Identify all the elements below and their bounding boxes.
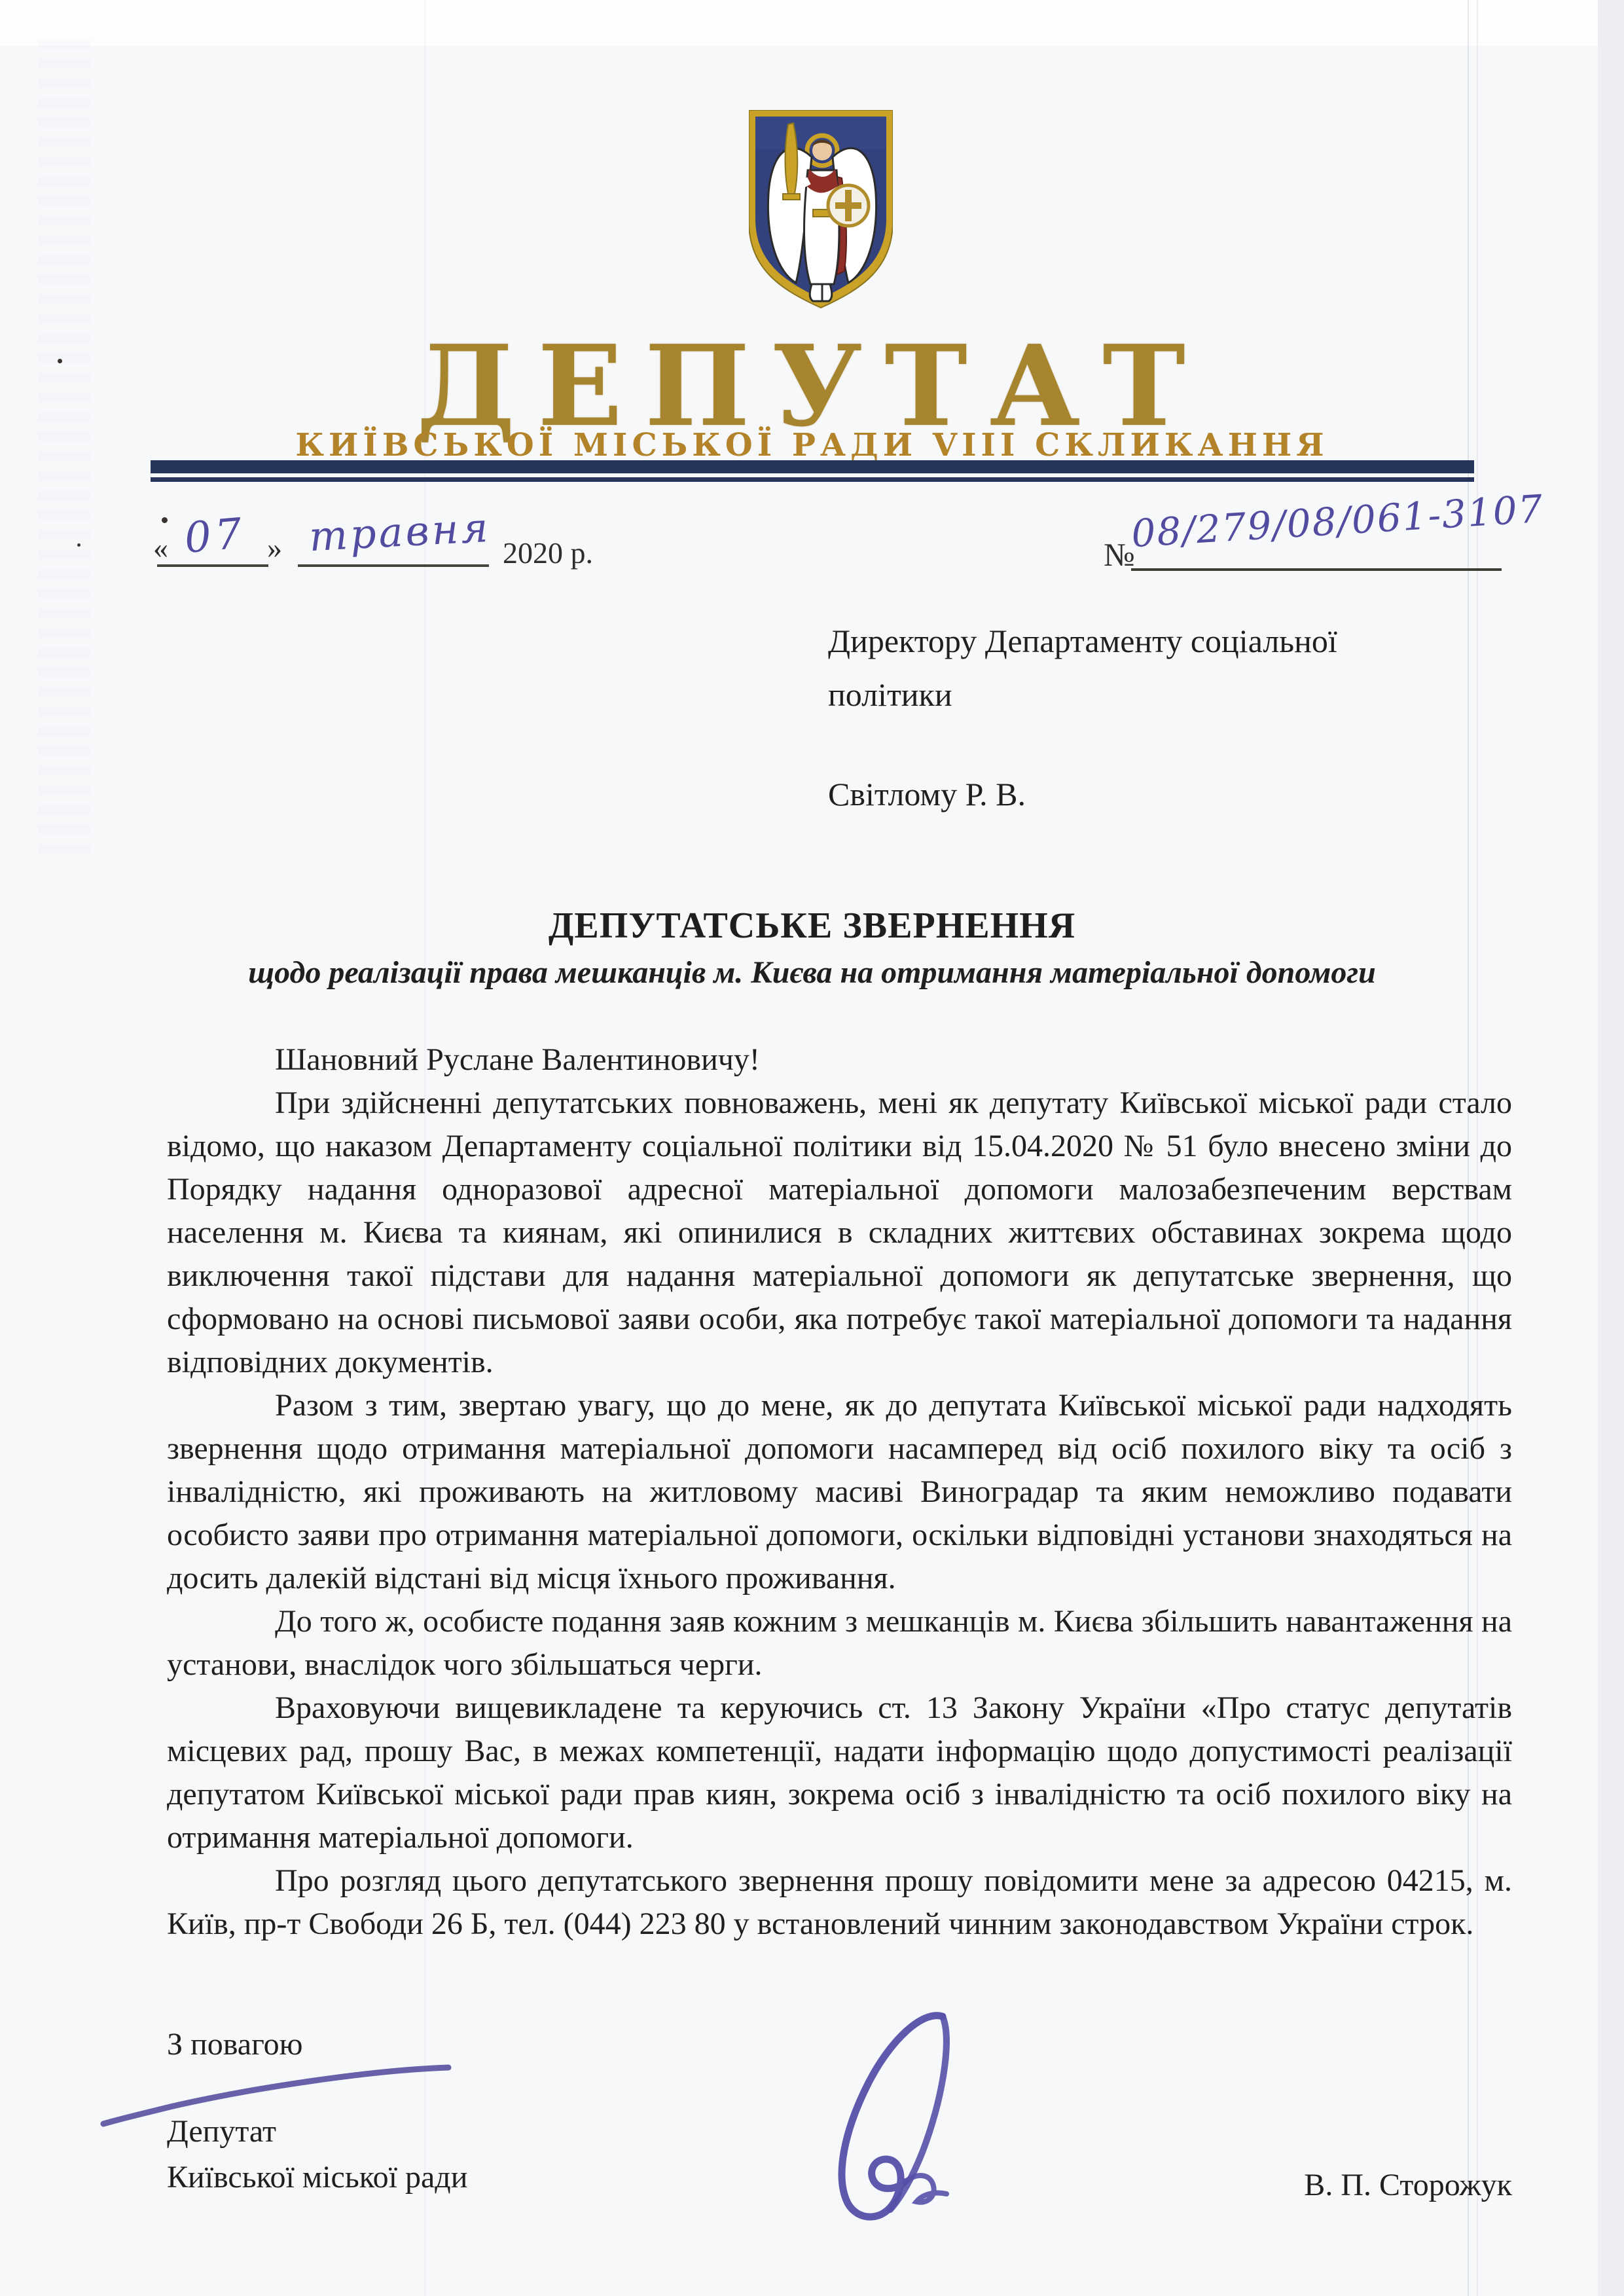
scan-speck — [77, 543, 81, 547]
letterhead-rule-thick — [151, 460, 1474, 473]
handwritten-day: 07 — [183, 509, 248, 563]
signer-position-line2: Київської міської ради — [167, 2159, 467, 2195]
handwritten-signature — [727, 2000, 1028, 2239]
addressee-name: Світлому Р. В. — [828, 767, 1483, 821]
number-underline — [1131, 568, 1502, 571]
month-underline — [298, 564, 489, 567]
handwritten-number: 08/279/08/061-3107 — [1130, 486, 1545, 556]
body-paragraph: Враховуючи вищевикладене та керуючись ст… — [167, 1686, 1512, 1859]
document-subject: щодо реалізації права мешканців м. Києва… — [0, 955, 1624, 991]
addressee-block: Директору Департаменту соціальної політи… — [828, 614, 1483, 821]
date-quote-close: » — [267, 530, 282, 565]
letterhead-rule-thin — [151, 477, 1474, 482]
body-paragraph: Про розгляд цього депутатського зверненн… — [167, 1859, 1512, 1946]
body-paragraph: До того ж, особисте подання заяв кожним … — [167, 1600, 1512, 1686]
number-sign: № — [1104, 536, 1135, 574]
addressee-line: політики — [828, 668, 1483, 721]
scan-speck — [162, 517, 168, 523]
letterhead-subtitle: КИЇВСЬКОЇ МІСЬКОЇ РАДИ VIII СКЛИКАННЯ — [0, 427, 1624, 464]
signer-position-line1: Депутат — [167, 2113, 276, 2149]
body-paragraph: Разом з тим, звертаю увагу, що до мене, … — [167, 1384, 1512, 1600]
salutation: Шановний Руслане Валентиновичу! — [167, 1038, 1512, 1082]
body-paragraph: При здійсненні депутатських повноважень,… — [167, 1082, 1512, 1384]
handwritten-month: травня — [308, 503, 492, 560]
date-quote-open: « — [153, 530, 168, 565]
day-underline — [157, 564, 268, 567]
document-title: ДЕПУТАТСЬКЕ ЗВЕРНЕННЯ — [0, 905, 1624, 947]
addressee-line: Директору Департаменту соціальної — [828, 614, 1483, 668]
signer-name: В. П. Сторожук — [1113, 2167, 1512, 2203]
letter-body: Шановний Руслане Валентиновичу! При здій… — [167, 1038, 1512, 1946]
scan-edge-top — [0, 0, 1624, 46]
letterhead-title: ДЕПУТАТ — [0, 331, 1624, 442]
kyiv-emblem — [749, 110, 893, 310]
year-label: 2020 р. — [503, 536, 593, 570]
scanned-letter-page: ДЕПУТАТ КИЇВСЬКОЇ МІСЬКОЇ РАДИ VIII СКЛИ… — [0, 0, 1624, 2296]
